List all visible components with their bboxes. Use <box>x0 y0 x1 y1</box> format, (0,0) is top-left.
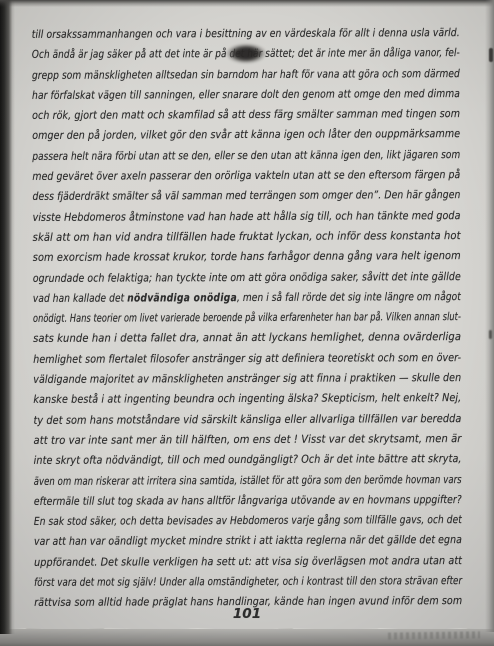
text-line-content: grepp som mänskligheten alltsedan sin ba… <box>32 67 460 82</box>
text-line: skäl att om han vid andra tillfällen had… <box>33 224 461 246</box>
text-line: har förfalskat vägen till sanningen, ell… <box>32 82 460 104</box>
text-segment: vad han kallade det <box>33 291 127 304</box>
ink-blot-icon <box>225 43 267 64</box>
text-line-content: ty det som hans motståndare vid särskilt… <box>33 412 461 427</box>
text-line-content: sats kunde han i detta fallet dra, annat… <box>33 331 461 346</box>
text-line: även om man riskerar att irritera sina s… <box>34 468 462 490</box>
text-line: omger den på jorden, vilket gör den svår… <box>32 123 460 145</box>
text-line-content: hemlighet som flertalet filosofer ansträ… <box>33 351 461 366</box>
text-line-content: dess fjäderdräkt smälter så väl samman m… <box>32 188 460 203</box>
text-line-content: som exorcism hade krossat krukor, torde … <box>33 249 461 264</box>
text-line-content: omger den på jorden, vilket gör den svår… <box>32 128 460 143</box>
text-line-content: väldigande majoritet av mänskligheten an… <box>33 371 461 386</box>
text-line-content: och rök, gjort den matt och skamfilad så… <box>32 107 460 122</box>
text-line-content: passera helt nära förbi utan att se den,… <box>32 148 460 163</box>
emphasized-phrase: nödvändiga onödiga <box>127 291 237 304</box>
scan-left-edge <box>0 0 15 634</box>
text-line: En sak stod säker, och detta bevisades a… <box>34 508 462 530</box>
text-line-content: En sak stod säker, och detta bevisades a… <box>34 513 462 528</box>
text-line-content: att tro var inte sant mer än till hälfte… <box>34 432 462 447</box>
blotted-word: det här <box>229 47 262 60</box>
text-line-content: vad han kallade det nödvändiga onödiga, … <box>33 290 461 305</box>
text-line: grepp som mänskligheten alltsedan sin ba… <box>32 62 460 84</box>
text-line-content: till orsakssammanhangen och vara i besit… <box>32 26 460 41</box>
text-line-content: uppförandet. Det skulle verkligen ha set… <box>34 554 462 569</box>
text-line-content: kanske bestå i att ingenting beundra och… <box>33 391 461 406</box>
text-line: vad han kallade det nödvändiga onödiga, … <box>33 285 461 307</box>
text-line: uppförandet. Det skulle verkligen ha set… <box>34 549 462 571</box>
text-line-content: visste Hebdomeros åtminstone vad han had… <box>33 209 461 224</box>
scan-speck <box>489 48 493 62</box>
text-line-content: eftermäle till slut tog skada av hans al… <box>34 493 462 508</box>
text-line: ty det som hans motståndare vid särskilt… <box>33 407 461 429</box>
text-line: med geväret över axeln passerar den orör… <box>32 163 460 185</box>
body-text: till orsakssammanhangen och vara i besit… <box>32 21 463 611</box>
text-segment: , men i så fall rörde det sig inte längr… <box>237 290 461 304</box>
text-line-content: har förfalskat vägen till sanningen, ell… <box>32 87 460 102</box>
text-line: hemlighet som flertalet filosofer ansträ… <box>33 346 461 368</box>
text-line-content: med geväret över axeln passerar den orör… <box>32 168 460 183</box>
text-line-content: skäl att om han vid andra tillfällen had… <box>33 229 461 244</box>
text-line: inte skryt ofta nödvändigt, till och med… <box>34 447 462 469</box>
text-line: sats kunde han i detta fallet dra, annat… <box>33 326 461 348</box>
text-line: till orsakssammanhangen och vara i besit… <box>32 21 460 43</box>
text-line-content: inte skryt ofta nödvändigt, till och med… <box>34 452 462 467</box>
text-line: dess fjäderdräkt smälter så väl samman m… <box>32 183 460 205</box>
text-line-content: var att han var oändligt mycket mindre s… <box>34 533 462 548</box>
text-line: visste Hebdomeros åtminstone vad han had… <box>33 204 461 226</box>
text-line: passera helt nära förbi utan att se den,… <box>32 143 460 165</box>
text-line: eftermäle till slut tog skada av hans al… <box>34 488 462 510</box>
text-line-content: först vara det mot sig själv! Under alla… <box>34 574 462 589</box>
text-line: var att han var oändligt mycket mindre s… <box>34 528 462 550</box>
text-segment: sättet; det är inte mer än dåliga vanor,… <box>262 46 460 60</box>
text-line: och rök, gjort den matt och skamfilad så… <box>32 102 460 124</box>
scanned-book-page: till orsakssammanhangen och vara i besit… <box>0 0 494 646</box>
text-line-content: Och ändå är jag säker på att det inte är… <box>32 46 460 61</box>
faint-pencil-scribble <box>388 631 480 639</box>
text-line: att tro var inte sant mer än till hälfte… <box>33 427 461 449</box>
text-line-content: även om man riskerar att irritera sina s… <box>34 473 462 488</box>
text-segment: Och ändå är jag säker på att det inte är… <box>32 47 230 61</box>
text-line: som exorcism hade krossat krukor, torde … <box>33 244 461 266</box>
text-line: ogrundade och felaktiga; han tyckte inte… <box>33 265 461 287</box>
text-line: först vara det mot sig själv! Under alla… <box>34 569 462 591</box>
text-line: kanske bestå i att ingenting beundra och… <box>33 386 461 408</box>
text-line: väldigande majoritet av mänskligheten an… <box>33 366 461 388</box>
text-line-content: ogrundade och felaktiga; han tyckte inte… <box>33 270 461 285</box>
text-line-content: onödigt. Hans teorier om livet varierade… <box>33 310 461 325</box>
text-line: Och ändå är jag säker på att det inte är… <box>32 41 460 63</box>
scan-top-edge <box>0 0 494 7</box>
text-line: onödigt. Hans teorier om livet varierade… <box>33 305 461 327</box>
scan-right-edge <box>485 0 494 632</box>
scan-speck <box>489 330 492 339</box>
page-number: 101 <box>33 606 461 622</box>
